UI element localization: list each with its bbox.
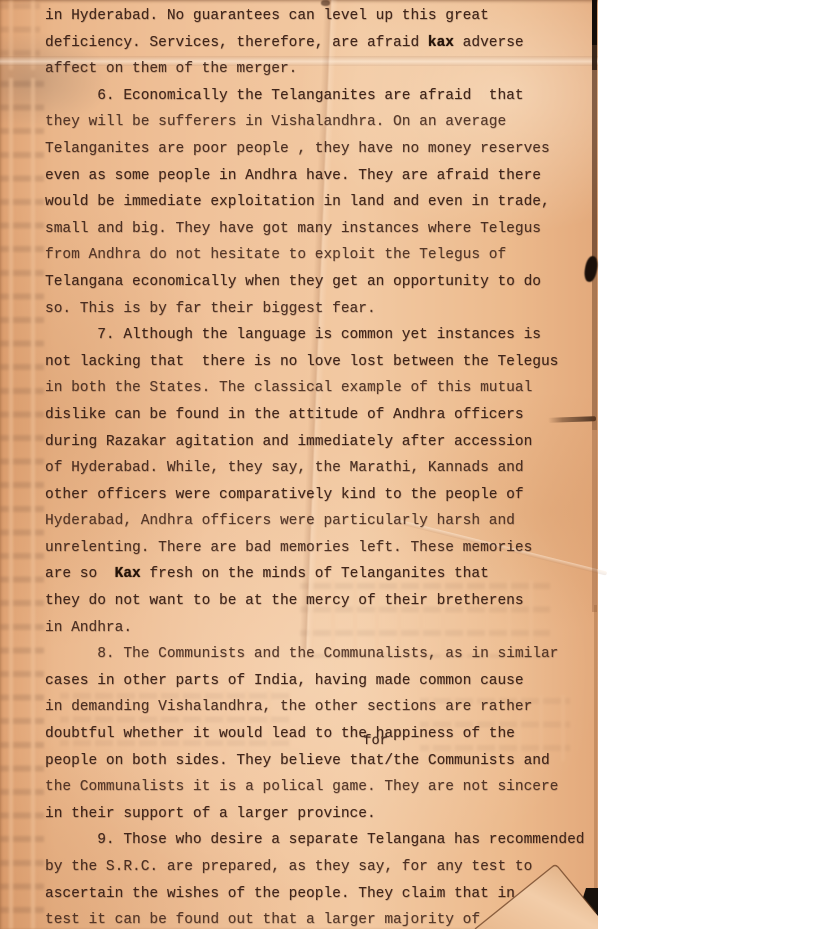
text-line: they do not want to be at the mercy of t…: [45, 588, 585, 615]
text-line: deficiency. Services, therefore, are afr…: [45, 30, 585, 57]
text-line: of Hyderabad. While, they say, the Marat…: [45, 455, 585, 482]
text-line: are so Kax fresh on the minds of Telanga…: [45, 561, 585, 588]
text-line: cases in other parts of India, having ma…: [45, 668, 585, 695]
text-line: other officers were comparatively kind t…: [45, 482, 585, 509]
text-line: the Communalists it is a polical game. T…: [45, 774, 585, 801]
text-line: from Andhra do not hesitate to exploit t…: [45, 242, 585, 269]
text-line: 9. Those who desire a separate Telangana…: [45, 827, 585, 854]
text-line: Hyderabad, Andhra officers were particul…: [45, 508, 585, 535]
text-line: during Razakar agitation and immediately…: [45, 429, 585, 456]
text-line: would be immediate exploitation in land …: [45, 189, 585, 216]
text-line: 7. Although the language is common yet i…: [45, 322, 585, 349]
typewritten-text: in Hyderabad. No guarantees can level up…: [45, 3, 585, 929]
scanned-page: in Hyderabad. No guarantees can level up…: [0, 0, 840, 929]
text-line: in their support of a larger province.: [45, 801, 585, 828]
inserted-word-above-line: for: [363, 735, 387, 748]
text-line: not lacking that there is no love lost b…: [45, 349, 585, 376]
paper-sheet: in Hyderabad. No guarantees can level up…: [0, 0, 598, 929]
text-line: they will be sufferers in Vishalandhra. …: [45, 109, 585, 136]
text-line: people on both sides. They believe that/…: [45, 748, 585, 775]
overstruck-word: kax: [428, 35, 454, 51]
text-line: unrelenting. There are bad memories left…: [45, 535, 585, 562]
burnt-right-edge: [592, 0, 597, 612]
bleed-through-ghost-text: [0, 78, 44, 929]
text-line: dislike can be found in the attitude of …: [45, 402, 585, 429]
text-line: small and big. They have got many instan…: [45, 216, 585, 243]
right-edge-line: [594, 605, 597, 895]
text-line: in demanding Vishalandhra, the other sec…: [45, 694, 585, 721]
text-line: doubtful whether it would lead to the ha…: [45, 721, 585, 748]
text-line: even as some people in Andhra have. They…: [45, 163, 585, 190]
text-line: 8. The Communists and the Communalists, …: [45, 641, 585, 668]
text-line: affect on them of the merger.: [45, 56, 585, 83]
text-line: in both the States. The classical exampl…: [45, 375, 585, 402]
text-line: 6. Economically the Telanganites are afr…: [45, 83, 585, 110]
text-line: in Andhra.: [45, 615, 585, 642]
text-line: Telangana economically when they get an …: [45, 269, 585, 296]
text-line: so. This is by far their biggest fear.: [45, 296, 585, 323]
folded-corner: [459, 854, 598, 929]
overstruck-word: Kax: [115, 566, 141, 582]
text-line: in Hyderabad. No guarantees can level up…: [45, 3, 585, 30]
text-line: Telanganites are poor people , they have…: [45, 136, 585, 163]
